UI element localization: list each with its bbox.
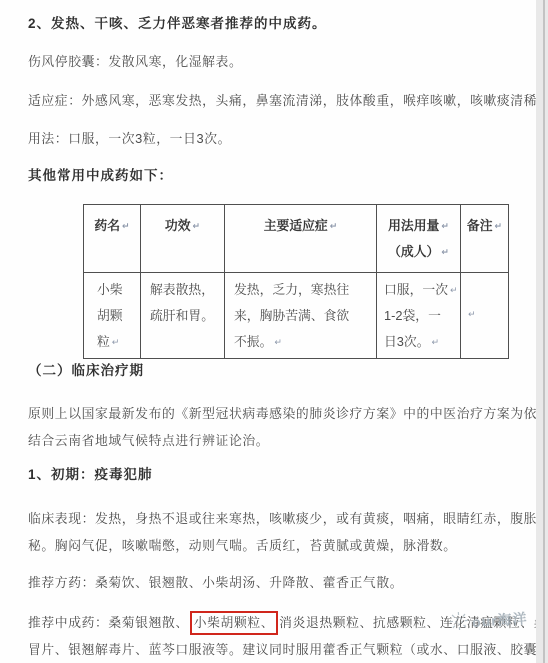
paragraph-mark: ↵ (330, 221, 338, 231)
header-cell-indication: 主要适应症↵ (225, 205, 377, 273)
text-line: 粒↵ (97, 329, 139, 355)
paragraph-mark: ↵ (112, 337, 120, 347)
paragraph-mark: ↵ (495, 221, 503, 231)
paragraph-usage: 用法：口服，一次3粒，一日3次。 (28, 125, 231, 152)
paragraph-mark: ↵ (122, 221, 130, 231)
paragraph-indications: 适应症：外感风寒，恶寒发热，头痛，鼻塞流清涕，肢体酸重，喉痒咳嗽，咳嗽痰清稀。 (28, 87, 548, 114)
cell-note: ↵ (461, 273, 509, 359)
header-label: 主要适应症 (264, 218, 328, 233)
right-edge-line (543, 0, 545, 663)
starburst-icon (447, 609, 471, 635)
cell-effect: 解表散热， 疏肝和胃。 (141, 273, 225, 359)
paragraph-mark: ↵ (450, 285, 458, 295)
medicine-table: 药名↵ 功效↵ 主要适应症↵ 用法用量↵ （成人）↵ 备注↵ 小柴 (83, 204, 509, 359)
paragraph-mark: ↵ (193, 221, 201, 231)
paragraph-mark: ↵ (468, 301, 507, 327)
text-line: 冒片、银翘解毒片、蓝芩口服液等。建议同时服用藿香正气颗粒（或水、口服液、胶囊）。 (28, 636, 548, 663)
header-cell-dosage: 用法用量↵ （成人）↵ (377, 205, 461, 273)
paragraph-mark: ↵ (441, 221, 449, 231)
text-line: 原则上以国家最新发布的《新型冠状病毒感染的肺炎诊疗方案》中的中医治疗方案为依据， (28, 400, 548, 427)
patent-prefix: 推荐中成药：桑菊银翘散、 (28, 615, 189, 630)
table-row: 小柴 胡颗 粒↵ 解表散热， 疏肝和胃。 发热，乏力，寒热往 来，胸胁苦满、食欲… (84, 273, 509, 359)
text-line: 用法：口服，一次3粒，一日3次。 (28, 125, 231, 152)
right-edge-strip (536, 0, 548, 663)
paragraph-principle: 原则上以国家最新发布的《新型冠状病毒感染的肺炎诊疗方案》中的中医治疗方案为依据，… (28, 400, 548, 454)
paragraph-mark: ↵ (441, 247, 449, 257)
paragraph-mark: ↵ (432, 337, 440, 347)
text-line: 日3次。↵ (384, 329, 459, 355)
cell-medicine-name: 小柴 胡颗 粒↵ (84, 273, 141, 359)
header-cell-effect: 功效↵ (141, 205, 225, 273)
highlight-red-box: 小柴胡颗粒、 (190, 611, 278, 635)
text-line: 不振。↵ (234, 329, 375, 355)
text-line: 解表散热， (150, 277, 223, 303)
header-label: 功效 (165, 218, 191, 233)
text-line: 疏肝和胃。 (150, 303, 223, 329)
medicine-table-container: 药名↵ 功效↵ 主要适应症↵ 用法用量↵ （成人）↵ 备注↵ 小柴 (83, 204, 509, 359)
text-line: 临床表现：发热，身热不退或往来寒热，咳嗽痰少，或有黄痰，咽痛，眼睛红赤，腹胀便 (28, 505, 548, 532)
heading-recommended-tcm: 2、发热、干咳、乏力伴恶寒者推荐的中成药。 (28, 12, 327, 32)
text-line: 发热，乏力，寒热往 (234, 277, 375, 303)
text-line: 小柴 (97, 277, 139, 303)
text-line: 秘。胸闷气促，咳嗽喘憋，动则气喘。舌质红，苔黄腻或黄燥，脉滑数。 (28, 532, 548, 559)
paragraph-clinical: 临床表现：发热，身热不退或往来寒热，咳嗽痰少，或有黄痰，咽痛，眼睛红赤，腹胀便 … (28, 505, 548, 559)
paragraph-formulas: 推荐方药：桑菊饮、银翘散、小柴胡汤、升降散、藿香正气散。 (28, 569, 403, 596)
text-line: 来，胸胁苦满、食欲 (234, 303, 375, 329)
text-line: 推荐方药：桑菊饮、银翘散、小柴胡汤、升降散、藿香正气散。 (28, 569, 403, 596)
header-label: 用法用量 (388, 218, 439, 233)
text-line: 伤风停胶囊：发散风寒，化湿解表。 (28, 48, 242, 75)
heading-section-two: （二）临床治疗期 (28, 359, 144, 379)
text-line: 适应症：外感风寒，恶寒发热，头痛，鼻塞流清涕，肢体酸重，喉痒咳嗽，咳嗽痰清稀。 (28, 87, 548, 114)
paragraph-shangfengting: 伤风停胶囊：发散风寒，化湿解表。 (28, 48, 242, 75)
text-line: 结合云南省地域气候特点进行辨证论治。 (28, 427, 548, 454)
header-label: 药名 (94, 218, 120, 233)
text-line: 口服，一次↵ (384, 277, 459, 303)
text-line: 1-2袋，一 (384, 303, 459, 329)
header-label: 备注 (467, 218, 493, 233)
header-cell-name: 药名↵ (84, 205, 141, 273)
text-line: 胡颗 (97, 303, 139, 329)
table-header-row: 药名↵ 功效↵ 主要适应症↵ 用法用量↵ （成人）↵ 备注↵ (84, 205, 509, 273)
header-label-line2: （成人） (388, 244, 439, 259)
cell-dosage: 口服，一次↵ 1-2袋，一 日3次。↵ (377, 273, 461, 359)
header-cell-note: 备注↵ (461, 205, 509, 273)
heading-stage-one: 1、初期：疫毒犯肺 (28, 463, 153, 483)
heading-other-common: 其他常用中成药如下： (28, 164, 173, 184)
paragraph-mark: ↵ (274, 337, 282, 347)
watermark-text: our海洋 (471, 608, 528, 632)
cell-indication: 发热，乏力，寒热往 来，胸胁苦满、食欲 不振。↵ (225, 273, 377, 359)
document-page: 2、发热、干咳、乏力伴恶寒者推荐的中成药。 伤风停胶囊：发散风寒，化湿解表。 适… (0, 0, 548, 663)
